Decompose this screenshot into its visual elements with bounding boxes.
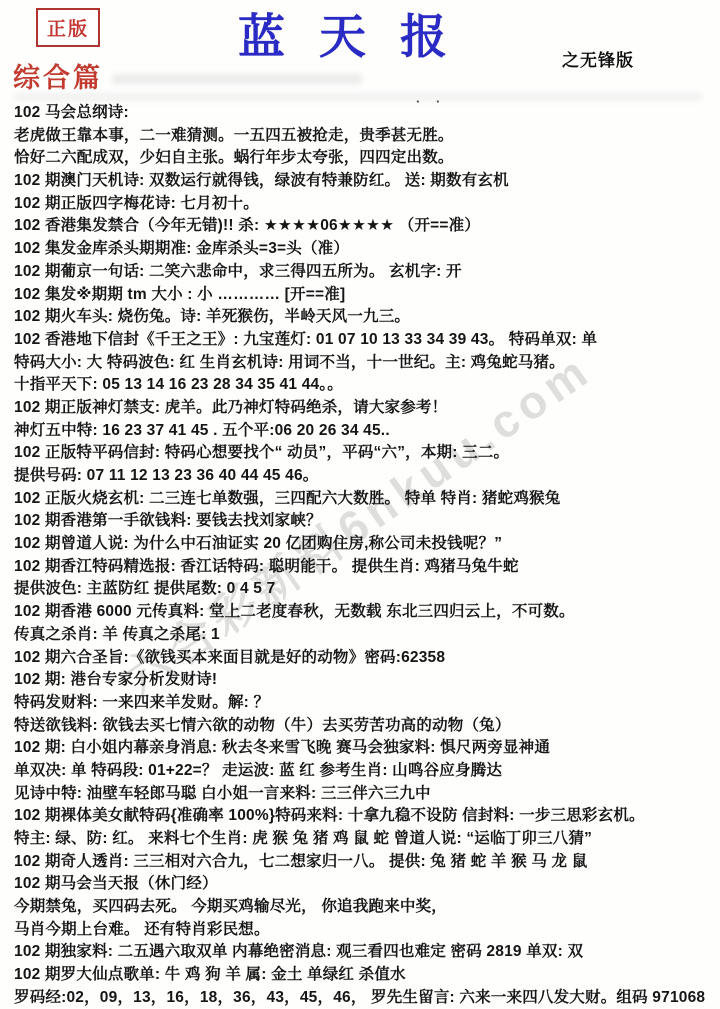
text-line: 提供波色: 主蓝防红 提供尾数: 0 4 5 7 [0, 578, 720, 601]
text-line: 102 期六合圣旨:《欲钱买本来面目就是好的动物》密码:62358 [0, 647, 720, 670]
text-line: 神灯五中特: 16 23 37 41 45 . 五个平:06 20 26 34 … [0, 420, 720, 443]
text-line: 特送欲钱料: 欲钱去买七情六欲的动物（牛）去买劳苦功高的动物（兔） [0, 715, 720, 738]
text-line: 102 期曾道人说: 为什么中石油证实 20 亿团购住房,称公司未投钱呢？” [0, 533, 720, 556]
text-line: 102 期火车头: 烧伤兔。诗: 羊死猴伤，半岭天风一九三。 [0, 306, 720, 329]
text-line: 罗码经:02，09，13，16，18，36，43，45，46， 罗先生留言: 六… [0, 987, 720, 1009]
text-line: 102 期葡京一句话: 二笑六悲命中，求三得四五所为。 玄机字: 开 [0, 261, 720, 284]
text-line: 今期禁兔，买四码去死。 今期买鸡输尽光， 你追我跑来中奖， [0, 896, 720, 919]
text-line: 102 集发※期期 tm 大小 : 小 ………… [开==准] [0, 284, 720, 307]
text-line: 特码大小: 大 特码波色: 红 生肖玄机诗: 用词不当，十一世纪。主: 鸡兔蛇马… [0, 352, 720, 375]
text-line: 102 集发金库杀头期期准: 金库杀头=3=头（准） [0, 238, 720, 261]
text-line: 102 正版火烧玄机: 二三连七单数强，三四配六大数胜。 特单 特肖: 猪蛇鸡猴… [0, 488, 720, 511]
authentic-badge: 正版 [36, 8, 100, 47]
text-line: 特主: 绿、防: 红。 来料七个生肖: 虎 猴 兔 猪 鸡 鼠 蛇 曾道人说: … [0, 828, 720, 851]
page-title: 蓝天报 [238, 0, 481, 67]
text-line: 102 期独家料: 二五遇六取双单 内幕绝密消息: 观三看四也难定 密码 281… [0, 941, 720, 964]
text-line: 见诗中特: 油壁车轻郎马聪 白小姐一言来料: 三三伴六三九中 [0, 783, 720, 806]
text-line: 102 期正版神灯禁支: 虎羊。此乃神灯特码绝杀，请大家参考！ [0, 397, 720, 420]
text-line: 马肖今期上台难。 还有特肖彩民想。 [0, 919, 720, 942]
edition-label: 之无锋版 [562, 46, 634, 71]
text-line: 102 期马会当天报（休门经） [0, 873, 720, 896]
text-line: 102 期: 白小姐内幕亲身消息: 秋去冬来雪飞晚 赛马会独家料: 惧尺两旁显神… [0, 737, 720, 760]
text-line: 102 香港集发禁合（今年无错)!! 杀: ★★★★06★★★★ （开==准） [0, 215, 720, 238]
newspaper-page: 正版 蓝天报 之无锋版 综合篇 · · 六合彩新料6nkuu.com 102 马… [0, 0, 720, 1009]
text-line: 102 期香江特码精选报: 香江话特码: 聪明能干。 提供生肖: 鸡猪马兔牛蛇 [0, 556, 720, 579]
text-line: 特码发财料: 一来四来羊发财。解: ？ [0, 692, 720, 715]
body-lines: 102 马会总纲诗:老虎做王靠本事，二一难猜测。一五四五被抢走，贵季甚无胜。恰好… [0, 102, 720, 1009]
text-line: 老虎做王靠本事，二一难猜测。一五四五被抢走，贵季甚无胜。 [0, 125, 720, 148]
text-line: 102 期正版四字梅花诗: 七月初十。 [0, 193, 720, 216]
text-line: 102 期澳门天机诗: 双数运行就得钱，绿波有特兼防红。 送: 期数有玄机 [0, 170, 720, 193]
section-heading: 综合篇 [13, 56, 103, 95]
text-line: 传真之杀肖: 羊 传真之杀尾: 1 [0, 624, 720, 647]
text-line: 102 期香港第一手欲钱料: 要钱去找刘家峡？ [0, 510, 720, 533]
text-line: 102 香港地下信封《千王之王》: 九宝莲灯: 01 07 10 13 33 3… [0, 329, 720, 352]
text-line: 102 马会总纲诗: [0, 102, 720, 125]
scan-smudge [14, 93, 702, 101]
text-line: 102 期罗大仙点歌单: 牛 鸡 狗 羊 属: 金土 单绿红 杀值水 [0, 964, 720, 987]
text-line: 102 期裸体美女献特码{准确率 100%}特码来料: 十拿九稳不设防 信封料:… [0, 805, 720, 828]
text-line: 102 期香港 6000 元传真料: 堂上二老度春秋，无数载 东北三四归云上，不… [0, 601, 720, 624]
text-line: 102 期奇人透肖: 三三相对六合九，七二想家归一八。 提供: 兔 猪 蛇 羊 … [0, 851, 720, 874]
text-line: 102 正版特平码信封: 特码心想要找个“ 动员”，平码“六”，本期: 三二。 [0, 442, 720, 465]
text-line: 单双决: 单 特码段: 01+22=？ 走运波: 蓝 红 参考生肖: 山鸣谷应身… [0, 760, 720, 783]
scan-smudge [112, 74, 362, 84]
text-line: 提供号码: 07 11 12 13 23 36 40 44 45 46。 [0, 465, 720, 488]
text-line: 十指平天下: 05 13 14 16 23 28 34 35 41 44。。 [0, 374, 720, 397]
text-line: 恰好二六配成双，少妇自主张。蜗行年步太夸张，四四定出数。 [0, 147, 720, 170]
text-line: 102 期: 港台专家分析发财诗! [0, 669, 720, 692]
